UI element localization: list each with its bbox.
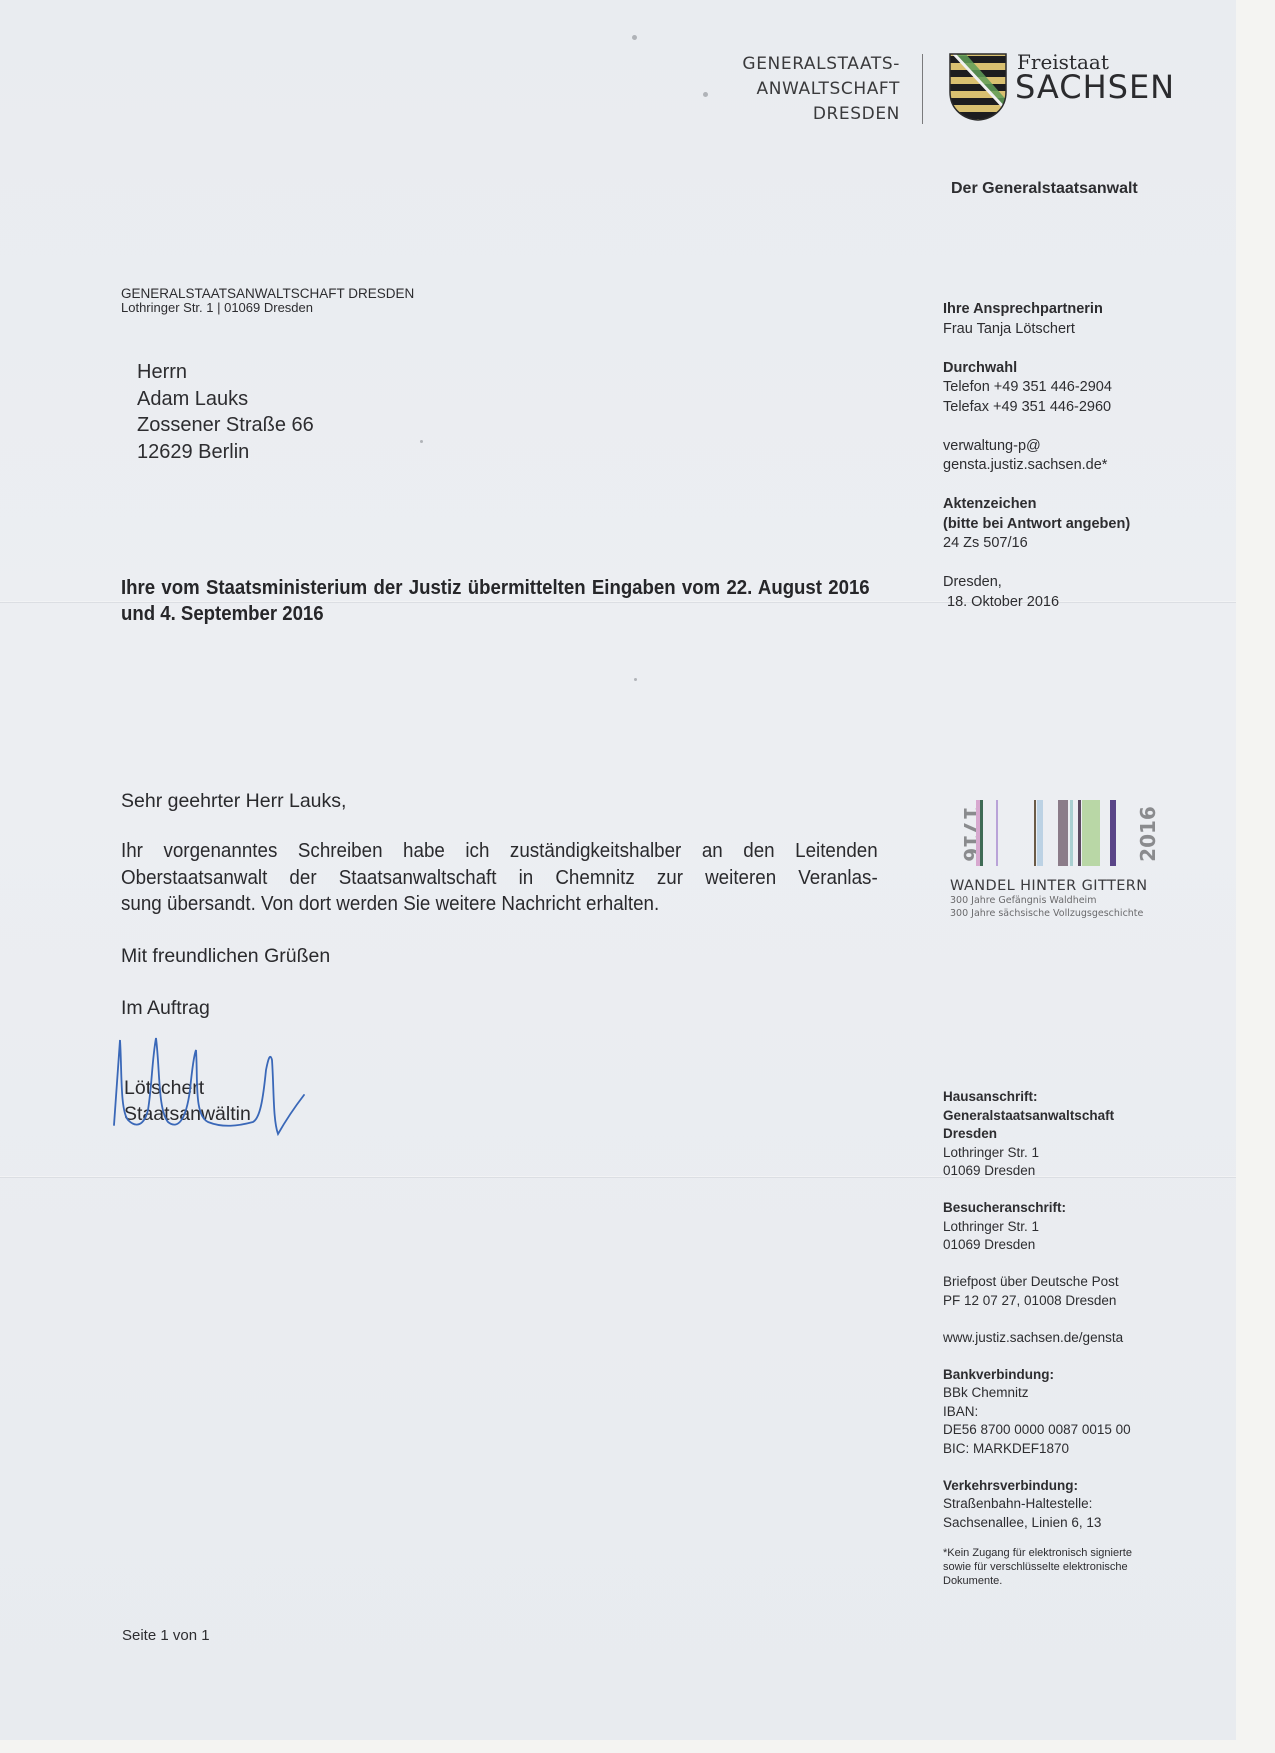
department-title: Der Generalstaatsanwalt (951, 180, 1138, 198)
reference-label: Aktenzeichen (943, 496, 1036, 512)
recipient-street: Zossener Straße 66 (137, 412, 314, 439)
letter-subject: Ihre vom Staatsministerium der Justiz üb… (121, 575, 870, 627)
letter-salutation: Sehr geehrter Herr Lauks, (121, 788, 346, 815)
fax-number: Telefax +49 351 446-2960 (943, 398, 1130, 418)
house-address-city: 01069 Dresden (943, 1162, 1132, 1181)
reference-note: (bitte bei Antwort angeben) (943, 516, 1130, 532)
scan-margin-bottom (0, 1740, 1275, 1753)
transport-lines: Sachsenallee, Linien 6, 13 (943, 1514, 1132, 1533)
email-line: gensta.justiz.sachsen.de* (943, 456, 1130, 476)
iban-value: DE56 8700 0000 0087 0015 00 (943, 1421, 1132, 1440)
recipient-address: Herrn Adam Lauks Zossener Straße 66 1262… (137, 359, 314, 465)
scan-speck (420, 440, 423, 443)
house-address-name: Generalstaatsanwaltschaft (943, 1108, 1114, 1123)
reference-number: 24 Zs 507/16 (943, 534, 1130, 554)
scan-speck (634, 678, 637, 681)
postal-address: Briefpost über Deutsche Post (943, 1273, 1132, 1292)
anniversary-barcode-graphic: 1716 2016 (950, 800, 1168, 868)
authority-name-line: GENERALSTAATS- (700, 52, 900, 77)
on-behalf-note: Im Auftrag (121, 995, 210, 1022)
svg-text:2016: 2016 (1136, 806, 1160, 862)
authority-name: GENERALSTAATS- ANWALTSCHAFT DRESDEN (700, 52, 900, 127)
authority-name-line: ANWALTSCHAFT (700, 77, 900, 102)
transport-stop: Straßenbahn-Haltestelle: (943, 1495, 1132, 1514)
anniversary-title: WANDEL HINTER GITTERN (950, 878, 1180, 894)
house-address-name: Dresden (943, 1126, 997, 1141)
page-number: Seite 1 von 1 (122, 1627, 210, 1644)
contact-name: Frau Tanja Lötschert (943, 320, 1130, 340)
anniversary-subtitle: 300 Jahre Gefängnis Waldheim (950, 894, 1180, 907)
letter-place: Dresden, (943, 573, 1130, 593)
state-name: SACHSEN (1015, 68, 1175, 106)
recipient-salutation: Herrn (137, 359, 314, 386)
transport-label: Verkehrsverbindung: (943, 1478, 1078, 1493)
website-link[interactable]: www.justiz.sachsen.de/gensta (943, 1329, 1132, 1348)
scan-speck (632, 35, 637, 40)
visitor-address-city: 01069 Dresden (943, 1236, 1132, 1255)
letter-body: Ihr vorgenanntes Schreiben habe ich zust… (121, 838, 878, 918)
bic-value: BIC: MARKDEF1870 (943, 1440, 1132, 1459)
bank-name: BBk Chemnitz (943, 1384, 1132, 1403)
body-line: Ihr vorgenanntes Schreiben habe ich zust… (121, 838, 878, 865)
postal-box: PF 12 07 27, 01008 Dresden (943, 1292, 1132, 1311)
electronic-access-footnote: *Kein Zugang für elektronisch signierte … (943, 1546, 1132, 1588)
phone-number: Telefon +49 351 446-2904 (943, 378, 1130, 398)
authority-name-line: DRESDEN (700, 102, 900, 127)
scan-margin-right (1236, 0, 1275, 1753)
email-line: verwaltung-p@ (943, 437, 1130, 457)
sender-return-address: GENERALSTAATSANWALTSCHAFT DRESDEN Lothri… (121, 287, 414, 315)
iban-label: IBAN: (943, 1403, 1132, 1422)
letter-closing: Mit freundlichen Grüßen (121, 943, 330, 970)
visitor-address-street: Lothringer Str. 1 (943, 1218, 1132, 1237)
anniversary-subtitle: 300 Jahre sächsische Vollzugsgeschichte (950, 907, 1180, 920)
recipient-name: Adam Lauks (137, 386, 314, 413)
house-address-street: Lothringer Str. 1 (943, 1144, 1132, 1163)
sender-name: GENERALSTAATSANWALTSCHAFT DRESDEN (121, 287, 414, 301)
bank-label: Bankverbindung: (943, 1367, 1054, 1382)
footnote-line: sowie für verschlüsselte elektronische (943, 1560, 1132, 1574)
contact-info-block: Ihre Ansprechpartnerin Frau Tanja Lötsch… (943, 300, 1130, 632)
saxony-coat-of-arms-icon (948, 52, 1008, 122)
letter-date: 18. Oktober 2016 (943, 593, 1130, 613)
recipient-city: 12629 Berlin (137, 439, 314, 466)
handwritten-signature (108, 1030, 308, 1140)
footnote-line: Dokumente. (943, 1574, 1132, 1588)
visitor-address-label: Besucheranschrift: (943, 1200, 1066, 1215)
sender-address: Lothringer Str. 1 | 01069 Dresden (121, 301, 414, 315)
body-line: Oberstaatsanwalt der Staatsanwaltschaft … (121, 865, 878, 892)
body-line: sung übersandt. Von dort werden Sie weit… (121, 891, 878, 918)
footnote-line: *Kein Zugang für elektronisch signierte (943, 1546, 1132, 1560)
phone-label: Durchwahl (943, 360, 1017, 376)
logo-divider (922, 54, 923, 124)
anniversary-logo: 1716 2016 WANDEL HINTER GITTERN 300 Jahr… (950, 800, 1180, 920)
contact-label: Ihre Ansprechpartnerin (943, 301, 1103, 317)
house-address-label: Hausanschrift: (943, 1089, 1038, 1104)
agency-details: Hausanschrift: Generalstaatsanwaltschaft… (943, 1088, 1132, 1588)
